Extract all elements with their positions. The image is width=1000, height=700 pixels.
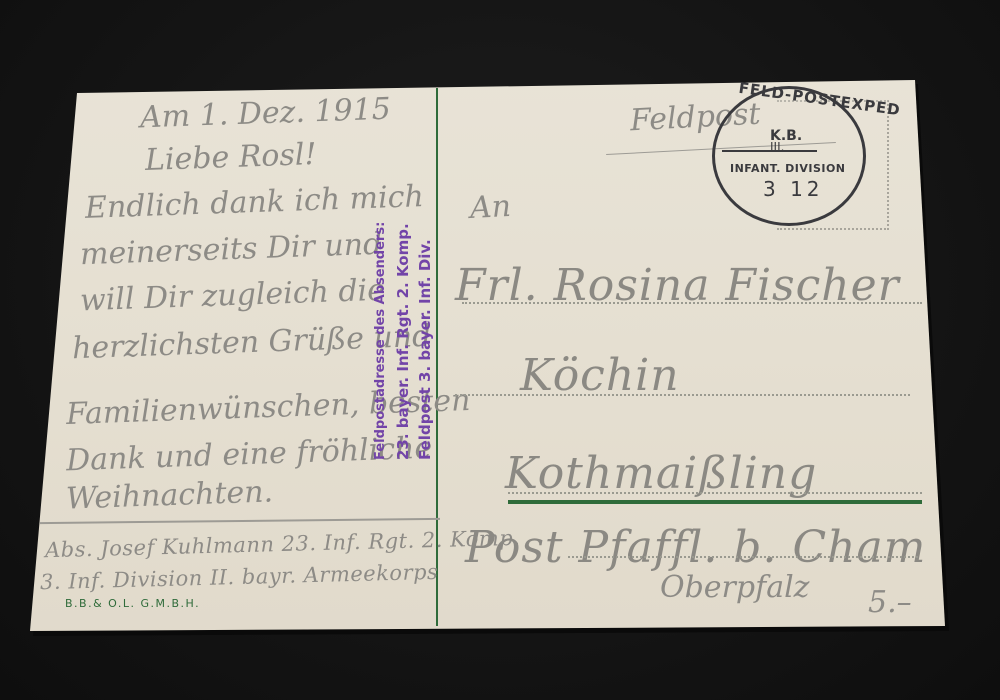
address-dotted-line-1 xyxy=(462,302,922,304)
message-line-7: Weihnachten. xyxy=(65,474,273,516)
sender-address-stamp: Feldpostadresse des Absenders: 23. bayer… xyxy=(370,222,436,460)
sender-stamp-line-1: Feldpostadresse des Absenders: xyxy=(370,222,392,460)
postmark-sub: III. xyxy=(770,140,784,154)
printer-mark: B.B.& O.L. G.M.B.H. xyxy=(65,597,200,610)
recipient-post-line: Post Pfaffl. b. Cham xyxy=(465,522,926,573)
recipient-region: Oberpfalz xyxy=(660,570,810,605)
sender-stamp-line-2: 23. bayer. Inf. Rgt. 2. Komp. xyxy=(392,222,414,460)
address-dotted-line-2 xyxy=(455,394,910,396)
message-salutation: Liebe Rosl! xyxy=(144,137,317,178)
town-underline xyxy=(508,500,922,504)
address-dotted-line-3 xyxy=(508,492,922,494)
postmark-division: INFANT. DIVISION xyxy=(730,162,846,175)
address-dotted-line-4 xyxy=(568,556,918,558)
address-prefix: An xyxy=(469,189,512,226)
postmark-date: 3 12 xyxy=(763,177,824,201)
sender-stamp-line-3: Feldpost 3. bayer. Inf. Div. xyxy=(414,222,436,460)
corner-price-mark: 5.– xyxy=(868,585,912,620)
